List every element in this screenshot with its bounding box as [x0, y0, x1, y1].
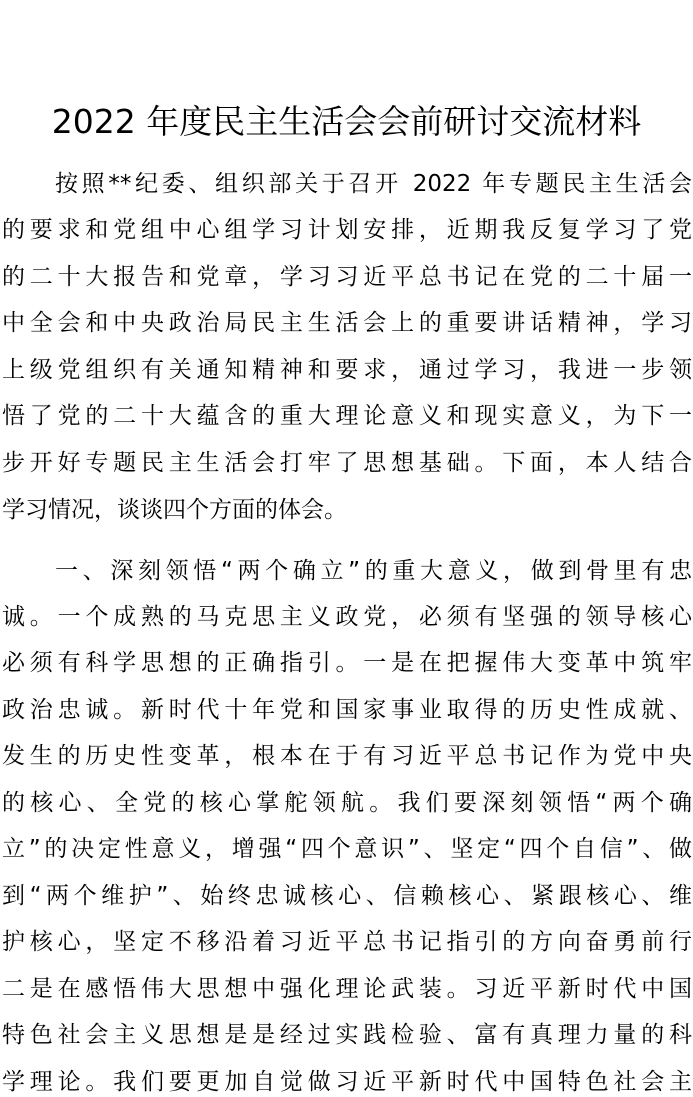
paragraph-line: 发生的历史性变革，根本在于有习近平总书记作为党中央	[2, 739, 692, 773]
paragraph-line: 二是在感悟伟大思想中强化理论武装。习近平新时代中国	[2, 972, 692, 1006]
paragraph-line: 护核心，坚定不移沿着习近平总书记指引的方向奋勇前行	[2, 925, 692, 959]
paragraph-line: 步开好专题民主生活会打牢了思想基础。下面，本人结合	[2, 446, 692, 480]
paragraph-line: 的核心、全党的核心掌舵领航。我们要深刻领悟“两个确	[2, 786, 692, 820]
paragraph-line: 立”的决定性意义，增强“四个意识”、坚定“四个自信”、做	[2, 832, 692, 866]
paragraph-line: 悟了党的二十大蕴含的重大理论意义和现实意义，为下一	[2, 399, 692, 433]
paragraph-line: 必须有科学思想的正确指引。一是在把握伟大变革中筑牢	[2, 646, 692, 680]
paragraph-line: 特色社会主义思想是是经过实践检验、富有真理力量的科	[2, 1018, 692, 1052]
paragraph-line: 学理论。我们要更加自觉做习近平新时代中国特色社会主	[2, 1065, 692, 1097]
paragraph-line: 中全会和中央政治局民主生活会上的重要讲话精神，学习	[2, 306, 692, 340]
paragraph-line: 的二十大报告和党章，学习习近平总书记在党的二十届一	[2, 260, 692, 294]
paragraph-line: 一、深刻领悟“两个确立”的重大意义，做到骨里有忠	[55, 554, 692, 588]
paragraph-line: 学习情况，谈谈四个方面的体会。	[2, 493, 692, 527]
paragraph-line: 政治忠诚。新时代十年党和国家事业取得的历史性成就、	[2, 693, 692, 727]
paragraph-line: 的要求和党组中心组学习计划安排，近期我反复学习了党	[2, 213, 692, 247]
paragraph-line: 到“两个维护”、始终忠诚核心、信赖核心、紧跟核心、维	[2, 879, 692, 913]
paragraph-line: 诚。一个成熟的马克思主义政党，必须有坚强的领导核心	[2, 600, 692, 634]
paragraph-line: 按照**纪委、组织部关于召开 2022 年专题民主生活会	[55, 167, 692, 201]
paragraph-line: 上级党组织有关通知精神和要求，通过学习，我进一步领	[2, 353, 692, 387]
document-title: 2022 年度民主生活会会前研讨交流材料	[0, 100, 693, 144]
